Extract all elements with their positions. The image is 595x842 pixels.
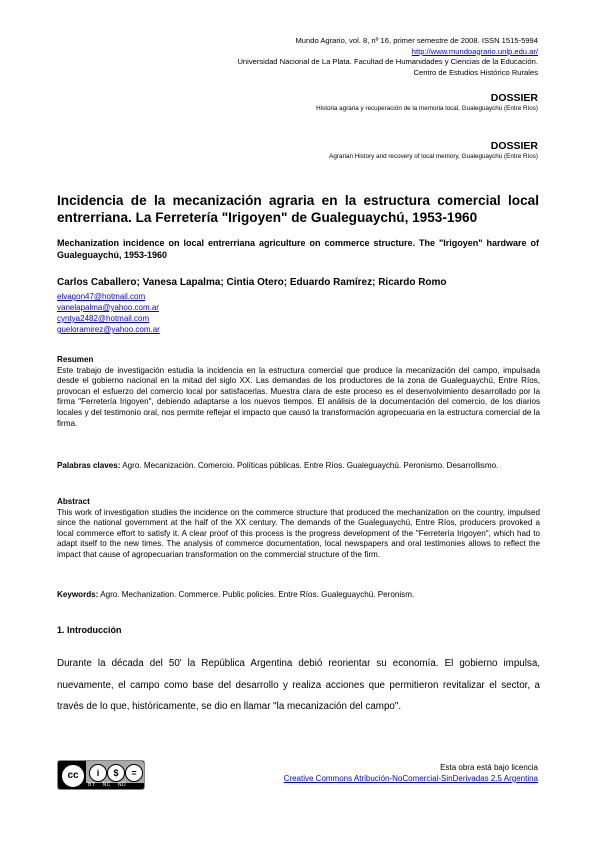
dossier-subtitle-en: Agrarian History and recovery of local m…: [329, 153, 538, 160]
article-title: Incidencia de la mecanización agraria en…: [57, 192, 539, 226]
keywords: Keywords: Agro. Mechanization. Commerce.…: [57, 590, 540, 601]
license-line: Esta obra está bajo licencia: [284, 762, 538, 773]
journal-header: Mundo Agrario, vol. 8, nº 16, primer sem…: [237, 36, 538, 78]
dossier-subtitle-es: Historia agraria y recuperación de la me…: [316, 105, 538, 112]
nd-icon: =: [125, 764, 143, 782]
journal-url-link[interactable]: http://www.mundoagrario.unlp.edu.ar/: [237, 47, 538, 58]
authors: Carlos Caballero; Vanesa Lapalma; Cintia…: [57, 277, 447, 288]
keywords-text: Agro. Mechanization. Commerce. Public po…: [98, 590, 414, 599]
nc-label: NC: [103, 782, 111, 788]
abstract-heading: Abstract: [57, 497, 540, 508]
by-icon: i: [89, 764, 107, 782]
email-link[interactable]: vanelapalma@yahoo.com.ar: [57, 302, 160, 313]
license-text: Esta obra está bajo licencia Creative Co…: [284, 762, 538, 784]
intro-paragraph: Durante la década del 50' la República A…: [57, 653, 540, 718]
palabras-claves-text: Agro. Mecanización. Comercio. Políticas …: [120, 461, 498, 470]
dossier-label-en: DOSSIER: [491, 140, 538, 152]
cc-icon: cc: [61, 764, 85, 788]
cc-license-badge[interactable]: cc i $ = BYNCND: [57, 760, 145, 790]
email-link[interactable]: gueloramirez@yahoo.com.ar: [57, 324, 160, 335]
email-link[interactable]: cyntya2482@hotmail.com: [57, 313, 160, 324]
research-center: Centro de Estudios Histórico Rurales: [237, 68, 538, 79]
license-link[interactable]: Creative Commons Atribución-NoComercial-…: [284, 773, 538, 784]
palabras-claves: Palabras claves: Agro. Mecanización. Com…: [57, 461, 540, 472]
badge-labels: BYNCND: [88, 782, 133, 788]
palabras-claves-label: Palabras claves:: [57, 461, 120, 470]
dossier-label-es: DOSSIER: [491, 92, 538, 104]
keywords-label: Keywords:: [57, 590, 98, 599]
nd-label: ND: [118, 782, 126, 788]
email-link[interactable]: elvagon47@hotmail.com: [57, 291, 160, 302]
abstract-text: This work of investigation studies the i…: [57, 508, 540, 561]
by-label: BY: [88, 782, 96, 788]
article-title-english: Mechanization incidence on local entrerr…: [57, 238, 539, 261]
resumen-text: Este trabajo de investigación estudia la…: [57, 366, 540, 430]
institution-name: Universidad Nacional de La Plata. Facult…: [237, 57, 538, 68]
nc-icon: $: [107, 764, 125, 782]
journal-citation: Mundo Agrario, vol. 8, nº 16, primer sem…: [237, 36, 538, 47]
abstract-section: Abstract This work of investigation stud…: [57, 497, 540, 561]
resumen-section: Resumen Este trabajo de investigación es…: [57, 355, 540, 429]
resumen-heading: Resumen: [57, 355, 540, 366]
author-emails: elvagon47@hotmail.com vanelapalma@yahoo.…: [57, 291, 160, 335]
intro-heading: 1. Introducción: [57, 625, 122, 635]
